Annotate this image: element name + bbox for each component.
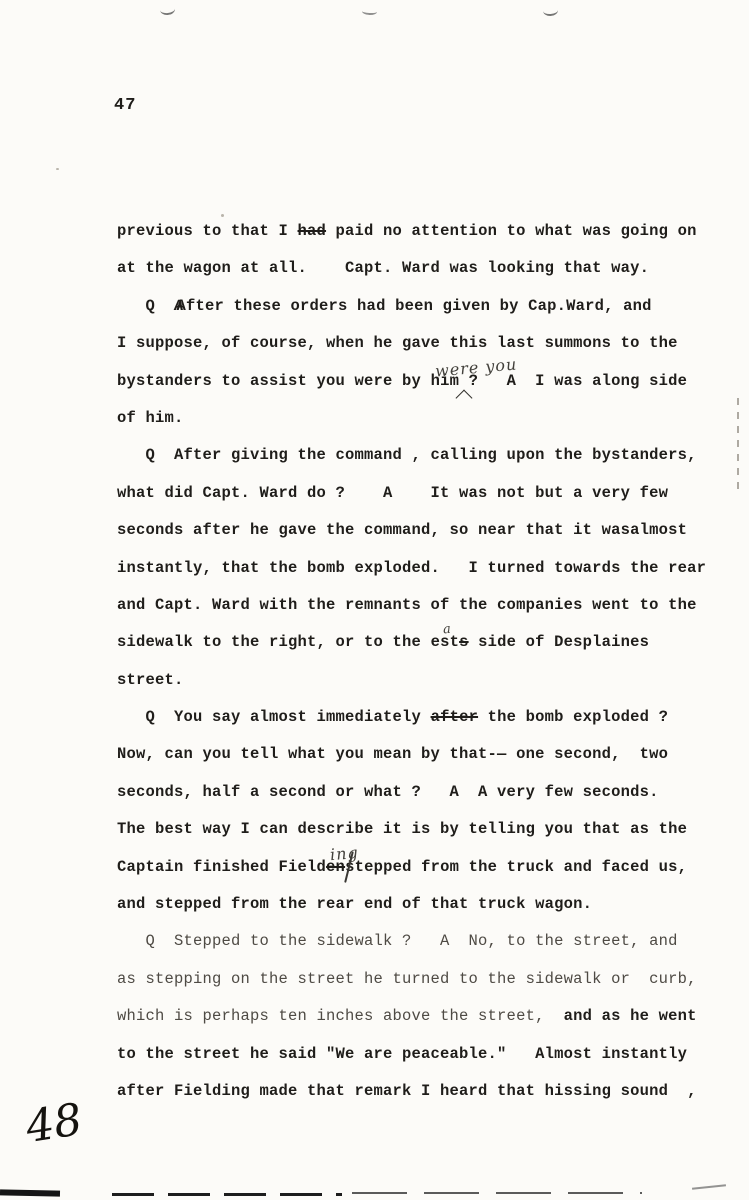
typed-line: Q AAfter these orders had been given by … [117, 288, 727, 325]
typed-text: I suppose, of course, when he gave this … [117, 334, 678, 352]
typed-text: Q After giving the command , calling upo… [117, 446, 697, 464]
typed-text: side of Desplaines [469, 633, 650, 651]
typed-text: Q [117, 297, 174, 315]
corrected-text: ening [326, 849, 345, 886]
typed-line: Q You say almost immediately after the b… [117, 699, 727, 736]
typed-text: After these orders had been given by Cap… [177, 297, 652, 315]
page-bottom-edge-artifact [112, 1193, 342, 1196]
binder-mark-artifact [543, 4, 559, 16]
typed-text: seconds, half a second or what ? A A ver… [117, 783, 659, 801]
scan-speck-artifact [56, 168, 59, 170]
typed-line: of him. [117, 400, 727, 437]
typed-text: Captain finished Field [117, 858, 326, 876]
typed-text: The best way I can describe it is by tel… [117, 820, 687, 838]
page-number-handwritten: 48 [22, 1094, 85, 1153]
typed-line: Q Stepped to the sidewalk ? A No, to the… [117, 923, 727, 960]
page-bottom-edge-artifact [692, 1184, 726, 1190]
typed-text: Q You say almost immediately [117, 708, 431, 726]
page-number-top: 47 [114, 96, 136, 115]
typed-line: previous to that I had paid no attention… [117, 213, 727, 250]
typed-line: to the street he said "We are peaceable.… [117, 1036, 727, 1073]
corrected-text: esta [431, 624, 460, 661]
typed-text: which is perhaps ten inches above the st… [117, 1007, 545, 1025]
typed-line: what did Capt. Ward do ? A It was not bu… [117, 475, 727, 512]
typed-text: after Fielding made that remark I heard … [117, 1082, 697, 1100]
typed-text: Q Stepped to the sidewalk ? A No, to the… [117, 932, 678, 950]
corrected-text: him ?were you [431, 363, 479, 400]
typed-line: street. [117, 662, 727, 699]
handwritten-insertion: a [443, 622, 453, 636]
typed-text: paid no attention to what was going on [326, 222, 697, 240]
typed-text: instantly, that the bomb exploded. I tur… [117, 559, 706, 577]
scanned-document-page: 47 previous to that I had paid no attent… [0, 0, 749, 1200]
typed-text: seconds after he gave the command, so ne… [117, 521, 687, 539]
typed-text: the bomb exploded ? [478, 708, 668, 726]
typed-line: and stepped from the rear end of that tr… [117, 886, 727, 923]
typed-line: Q After giving the command , calling upo… [117, 437, 727, 474]
typed-text: A I was along side [478, 372, 687, 390]
typed-text: of him. [117, 409, 184, 427]
typed-line: which is perhaps ten inches above the st… [117, 998, 727, 1035]
typed-text: stepped from the truck and faced us, [345, 858, 687, 876]
typed-text: and as he went [545, 1007, 697, 1025]
transcript-text-block: previous to that I had paid no attention… [117, 213, 727, 1110]
typed-text: sidewalk to the right, or to the [117, 633, 431, 651]
scan-speck-artifact [221, 214, 224, 217]
typed-text: previous to that I [117, 222, 298, 240]
page-bottom-edge-artifact [352, 1192, 642, 1194]
typed-line: Captain finished Fieldeningstepped from … [117, 849, 727, 886]
typed-line: seconds, half a second or what ? A A ver… [117, 774, 727, 811]
binder-mark-artifact [159, 3, 175, 16]
typed-text: A [172, 288, 185, 325]
typed-line: I suppose, of course, when he gave this … [117, 325, 727, 362]
typed-line: and Capt. Ward with the remnants of the … [117, 587, 727, 624]
typed-line: seconds after he gave the command, so ne… [117, 512, 727, 549]
typed-line: bystanders to assist you were by him ?we… [117, 363, 727, 400]
typed-line: instantly, that the bomb exploded. I tur… [117, 550, 727, 587]
handwritten-insertion: ing [329, 845, 359, 863]
typed-line: Now, can you tell what you mean by that-… [117, 736, 727, 773]
typed-text: and stepped from the rear end of that tr… [117, 895, 592, 913]
typed-text: what did Capt. Ward do ? A It was not bu… [117, 484, 668, 502]
typed-text: and Capt. Ward with the remnants of the … [117, 596, 697, 614]
page-right-edge-artifact [737, 398, 739, 494]
typed-text: street. [117, 671, 184, 689]
page-bottom-edge-artifact [0, 1189, 60, 1196]
typed-line: after Fielding made that remark I heard … [117, 1073, 727, 1110]
struck-text: had [298, 222, 327, 240]
struck-text: after [431, 708, 479, 726]
typed-text: Now, can you tell what you mean by that-… [117, 745, 668, 763]
typed-text: to the street he said "We are peaceable.… [117, 1045, 687, 1063]
typed-line: sidewalk to the right, or to the estas s… [117, 624, 727, 661]
binder-mark-artifact [362, 8, 377, 16]
typed-line: at the wagon at all. Capt. Ward was look… [117, 250, 727, 287]
typed-text: at the wagon at all. Capt. Ward was look… [117, 259, 649, 277]
typed-line: as stepping on the street he turned to t… [117, 961, 727, 998]
typed-text: as stepping on the street he turned to t… [117, 970, 697, 988]
typed-text: bystanders to assist you were by [117, 372, 431, 390]
struck-text: s [459, 633, 469, 651]
typed-line: The best way I can describe it is by tel… [117, 811, 727, 848]
